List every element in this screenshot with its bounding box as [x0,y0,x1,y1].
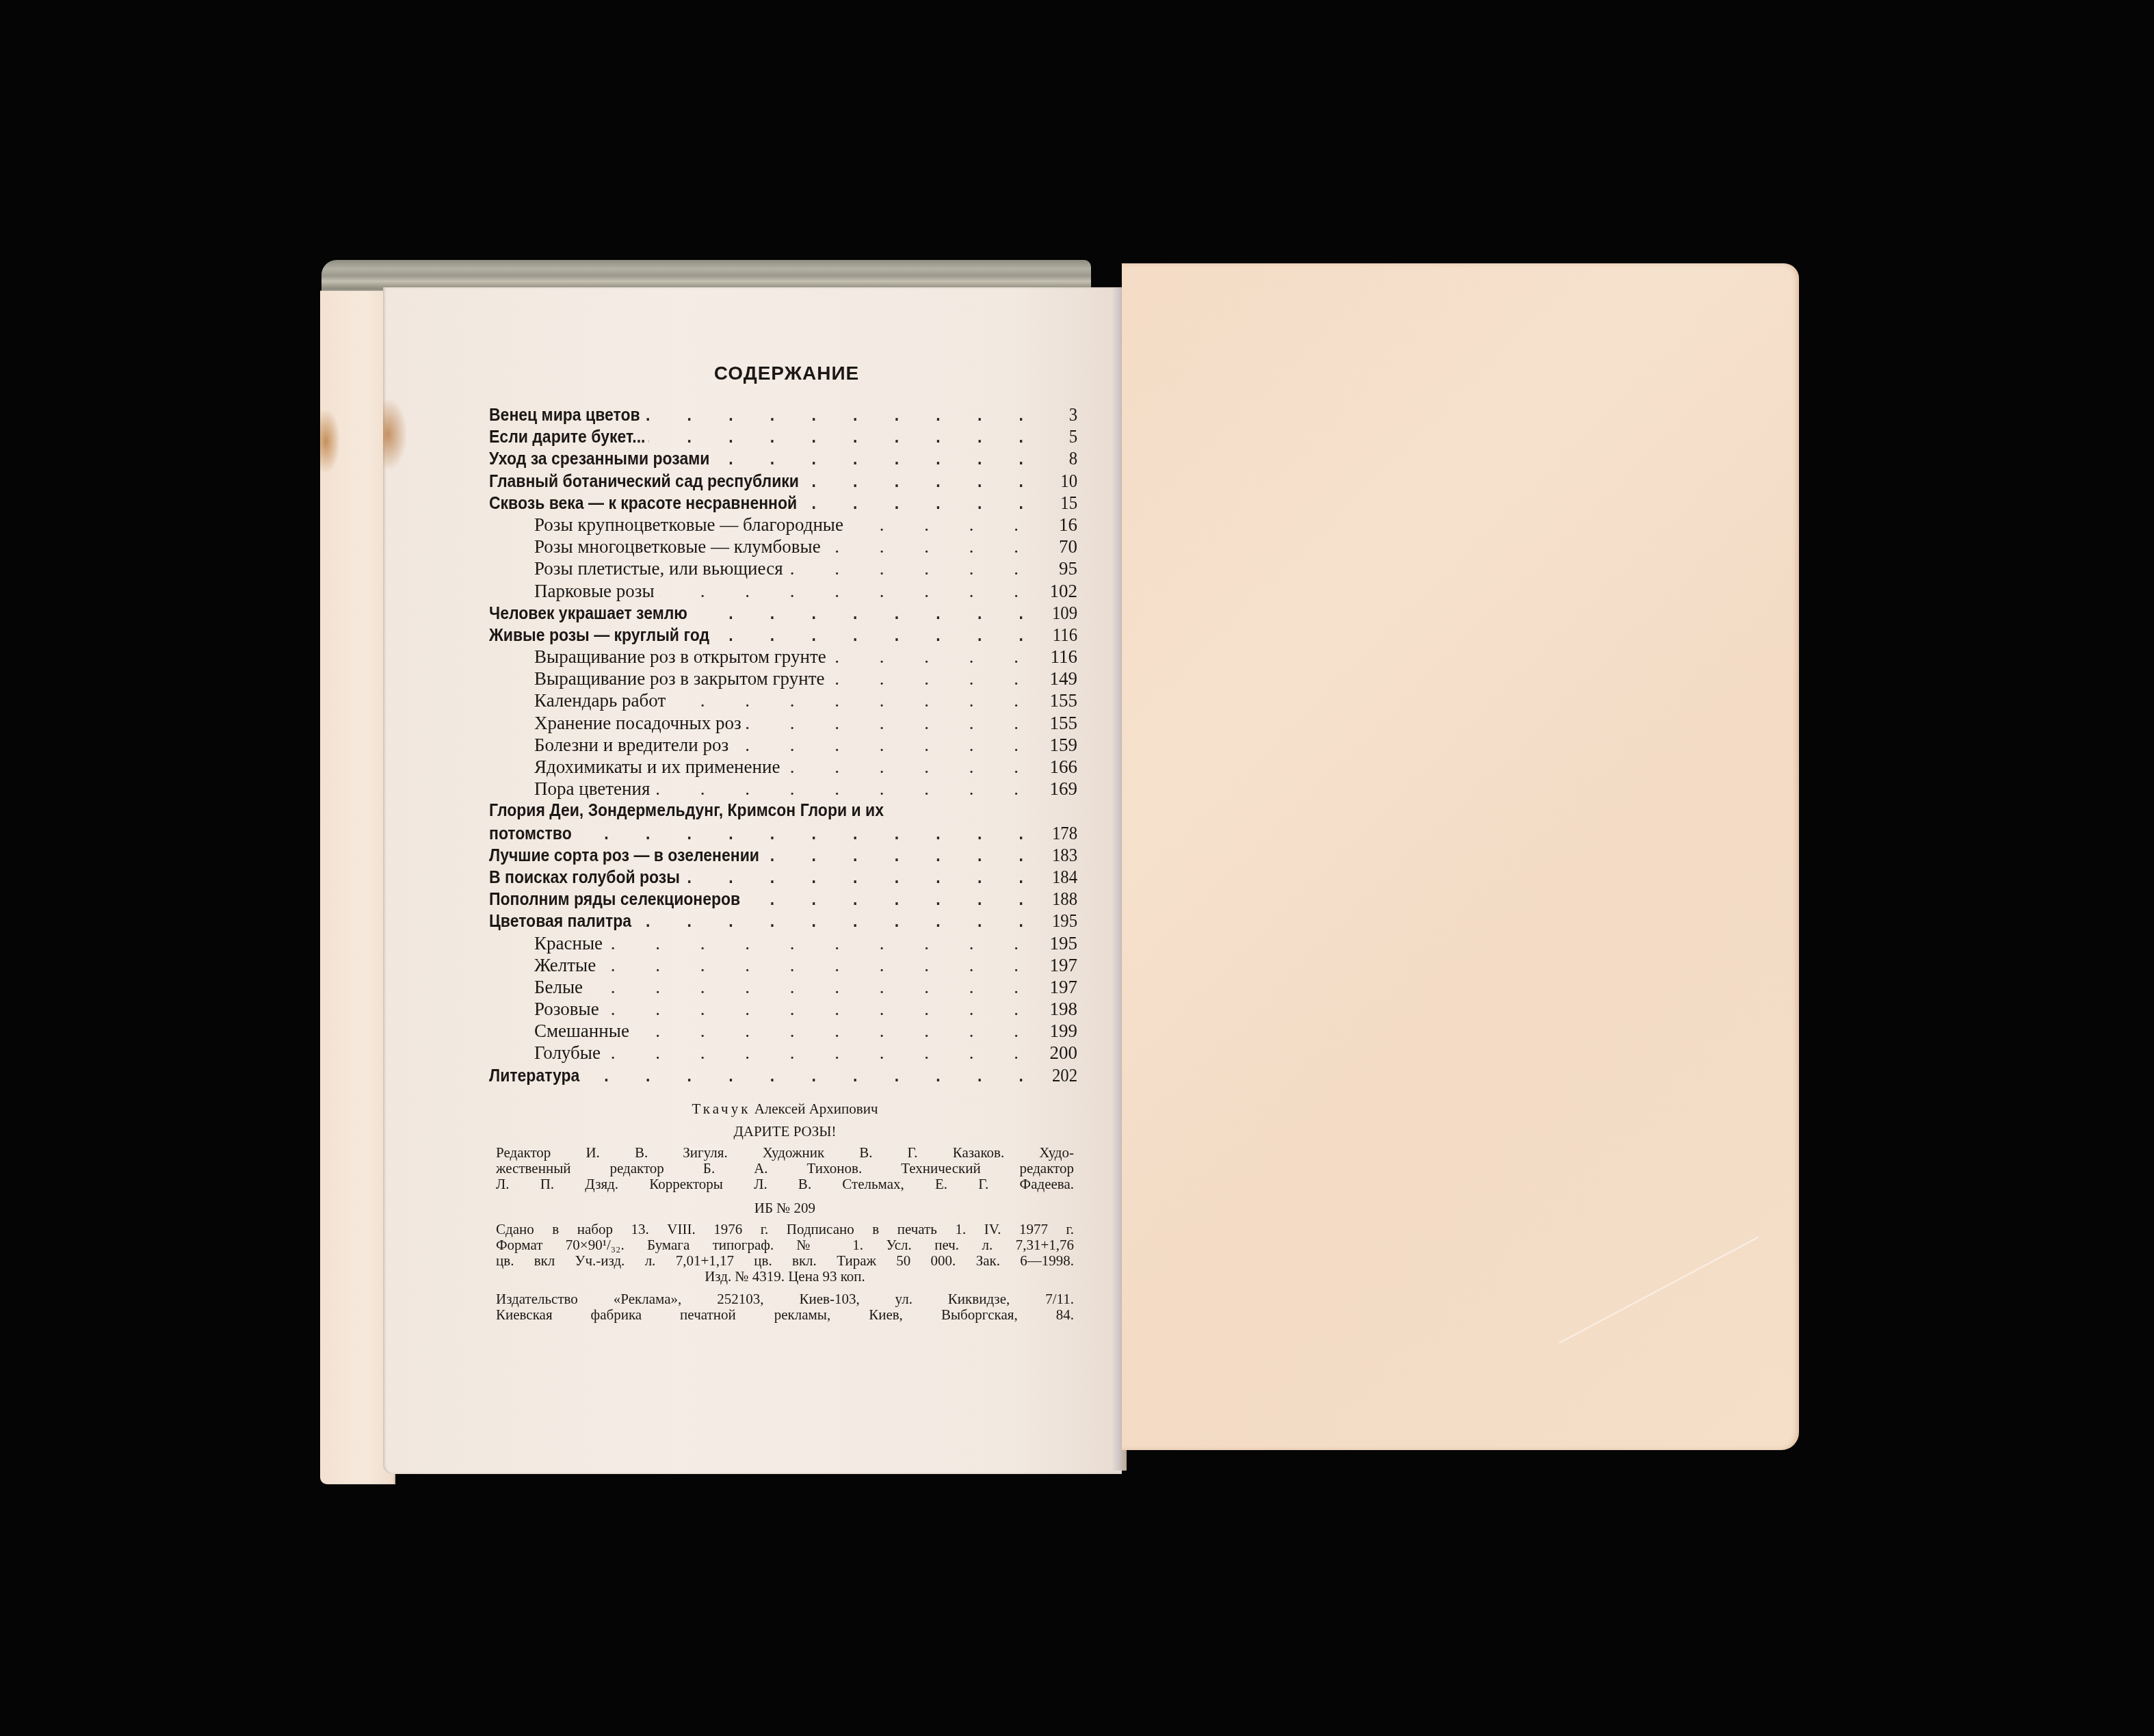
dot-leader: . . . . . . . . . . . . . . . . . . . . … [830,646,1036,668]
dot-leader: . . . . . . . . . . . . . . . . . . . . … [801,492,1040,514]
toc-entry-label: Сквозь века — к красоте несравненной [489,492,797,514]
water-stain [383,400,406,469]
dot-leader: . . . . . . . . . . . . . . . . . . . . … [659,580,1036,602]
toc-entry-page-number: 155 [1040,712,1077,734]
toc-entry-label: Болезни и вредители роз [534,734,728,756]
toc-entry: Голубые. . . . . . . . . . . . . . . . .… [489,1042,1077,1064]
credits: Редактор И. В. Зигуля. Художник В. Г. Ка… [496,1145,1074,1192]
toc-entry-page-number: 3 [1044,404,1078,425]
dot-leader: . . . . . . . . . . . . . . . . . . . . … [787,557,1036,579]
toc-entry: Розы крупноцветковые — благородные. . . … [489,514,1077,536]
toc-entry: Выращивание роз в закрытом грунте. . . .… [489,668,1077,689]
credits-line: жественный редактор Б. А. Тихонов. Техни… [496,1161,1074,1176]
dot-leader: . . . . . . . . . . . . . . . . . . . . … [825,536,1036,557]
toc-entry-page-number: 159 [1040,734,1077,756]
toc-entry-label: Белые [534,976,583,998]
toc-entry-label: Желтые [534,954,596,976]
toc-entry-page-number: 95 [1040,557,1077,579]
toc-entry-page-number: 166 [1040,756,1077,778]
toc-entry: Пополним ряды селекционеров. . . . . . .… [489,888,1077,910]
toc-entry: Если дарите букет.... . . . . . . . . . … [489,425,1077,447]
dot-leader: . . . . . . . . . . . . . . . . . . . . … [605,1042,1036,1064]
toc-entry-page-number: 70 [1040,536,1077,557]
toc-entry-label: Выращивание роз в закрытом грунте [534,668,824,689]
author-surname: Ткачук [692,1101,750,1117]
open-book: СОДЕРЖАНИЕ Венец мира цветов. . . . . . … [0,0,2154,1736]
print-line: Формат 70×90¹/₃₂. Бумага типограф. № 1. … [496,1237,1074,1253]
toc-entry: Розы многоцветковые — клумбовые. . . . .… [489,536,1077,557]
toc-entry-label: Если дарите букет... [489,426,645,448]
toc-entry-page-number: 188 [1044,888,1078,910]
dot-leader: . . . . . . . . . . . . . . . . . . . . … [644,404,1040,426]
toc-entry-page-number: 10 [1044,470,1078,492]
toc-entry-page-number: 155 [1040,689,1077,711]
printer: Киевская фабрика печатной рекламы, Киев,… [496,1307,1074,1323]
toc-entry: Главный ботанический сад республики. . .… [489,470,1077,492]
dot-leader: . . . . . . . . . . . . . . . . . . . . … [744,889,1040,910]
toc-entry: потомство. . . . . . . . . . . . . . . .… [489,822,1077,844]
toc-entry-label: потомство [489,823,572,845]
dot-leader: . . . . . . . . . . . . . . . . . . . . … [784,756,1036,778]
dot-leader: . . . . . . . . . . . . . . . . . . . . … [828,668,1036,689]
toc-entry-page-number: 109 [1044,602,1078,624]
toc-entry: Выращивание роз в открытом грунте. . . .… [489,646,1077,668]
dot-leader: . . . . . . . . . . . . . . . . . . . . … [691,603,1040,624]
toc-entry-page-number: 198 [1040,998,1077,1020]
toc-entry-label: Человек украшает землю [489,603,687,624]
toc-entry-label: Розовые [534,998,599,1020]
toc-entry-page-number: 149 [1040,668,1077,689]
edition-price: Изд. № 4319. Цена 93 коп. [496,1269,1074,1285]
credits-line: Редактор И. В. Зигуля. Художник В. Г. Ка… [496,1145,1074,1161]
dot-leader: . . . . . . . . . . . . . . . . . . . . … [654,778,1036,800]
dot-leader: . . . . . . . . . . . . . . . . . . . . … [633,1020,1036,1042]
book-title: ДАРИТЕ РОЗЫ! [496,1124,1074,1140]
dot-leader: . . . . . . . . . . . . . . . . . . . . … [848,514,1036,536]
toc-entry-label: В поисках голубой розы [489,867,680,889]
toc-entry-page-number: 197 [1040,954,1077,976]
toc-list: Венец мира цветов. . . . . . . . . . . .… [489,404,1077,1086]
print-line: Сдано в набор 13. VIII. 1976 г. Подписан… [496,1222,1074,1237]
toc-entry-page-number: 202 [1044,1064,1078,1086]
toc-entry: Розы плетистые, или вьющиеся. . . . . . … [489,557,1077,579]
print-line: цв. вкл Уч.-изд. л. 7,01+1,17 цв. вкл. Т… [496,1253,1074,1269]
dot-leader: . . . . . . . . . . . . . . . . . . . . … [635,910,1040,932]
toc-entry: Красные. . . . . . . . . . . . . . . . .… [489,932,1077,954]
dot-leader: . . . . . . . . . . . . . . . . . . . . … [763,845,1040,867]
toc-entry-label: Ядохимикаты и их применение [534,756,780,778]
colophon: Ткачук Алексей Архипович ДАРИТЕ РОЗЫ! Ре… [496,1101,1074,1323]
toc-entry-label: Парковые розы [534,580,655,602]
toc-entry-label: Уход за срезанными розами [489,448,709,470]
toc-entry-page-number: 178 [1044,822,1078,844]
toc-entry-label: Календарь работ [534,689,666,711]
toc-entry-label: Литература [489,1065,579,1087]
toc-entry-page-number: 183 [1044,844,1078,866]
toc-entry-page-number: 5 [1044,425,1078,447]
toc-entry: Живые розы — круглый год. . . . . . . . … [489,624,1077,646]
toc-entry-label: Голубые [534,1042,601,1064]
toc-entry: Ядохимикаты и их применение. . . . . . .… [489,756,1077,778]
toc-entry: Календарь работ. . . . . . . . . . . . .… [489,689,1077,711]
toc-entry: Уход за срезанными розами. . . . . . . .… [489,447,1077,469]
dot-leader: . . . . . . . . . . . . . . . . . . . . … [607,932,1036,954]
dot-leader: . . . . . . . . . . . . . . . . . . . . … [575,823,1040,845]
author-name: Алексей Архипович [754,1101,878,1117]
toc-entry-label: Хранение посадочных роз [534,712,741,734]
toc-entry-page-number: 116 [1044,624,1078,646]
toc-entry: Человек украшает землю. . . . . . . . . … [489,602,1077,624]
toc-entry-page-number: 184 [1044,866,1078,888]
ib-number: ИБ № 209 [496,1200,1074,1216]
toc-entry-label: Пора цветения [534,778,650,800]
toc-entry-label: Живые розы — круглый год [489,624,709,646]
toc-entry-page-number: 8 [1044,447,1078,469]
toc-entry-page-number: 16 [1040,514,1077,536]
toc-entry: Сквозь века — к красоте несравненной. . … [489,492,1077,514]
toc-entry-page-number: 197 [1040,976,1077,998]
toc-entry: В поисках голубой розы. . . . . . . . . … [489,866,1077,888]
dot-leader: . . . . . . . . . . . . . . . . . . . . … [683,867,1040,889]
toc-entry-page-number: 195 [1040,932,1077,954]
dot-leader: . . . . . . . . . . . . . . . . . . . . … [649,426,1040,448]
toc-entry-page-number: 195 [1044,910,1078,932]
toc-entry-label: Главный ботанический сад республики [489,471,799,492]
dot-leader: . . . . . . . . . . . . . . . . . . . . … [587,976,1036,998]
dot-leader: . . . . . . . . . . . . . . . . . . . . … [583,1065,1040,1087]
toc-entry-label: Выращивание роз в открытом грунте [534,646,826,668]
toc-entry-label: Смешанные [534,1020,629,1042]
water-stain [320,410,339,472]
dot-leader: . . . . . . . . . . . . . . . . . . . . … [713,448,1040,470]
print-details: Сдано в набор 13. VIII. 1976 г. Подписан… [496,1222,1074,1285]
toc-entry-page-number: 169 [1040,778,1077,800]
toc-entry: Желтые. . . . . . . . . . . . . . . . . … [489,954,1077,976]
dot-leader: . . . . . . . . . . . . . . . . . . . . … [713,624,1040,646]
toc-entry-label: Розы крупноцветковые — благородные [534,514,843,536]
toc-entry: Хранение посадочных роз. . . . . . . . .… [489,712,1077,734]
dot-leader: . . . . . . . . . . . . . . . . . . . . … [603,998,1036,1020]
toc-entry: Парковые розы. . . . . . . . . . . . . .… [489,580,1077,602]
toc-entry-label: Розы многоцветковые — клумбовые [534,536,821,557]
toc-entry-page-number: 102 [1040,580,1077,602]
toc-entry: Лучшие сорта роз — в озеленении. . . . .… [489,844,1077,866]
table-of-contents: СОДЕРЖАНИЕ Венец мира цветов. . . . . . … [489,363,1077,1086]
credits-line: Л. П. Дзяд. Корректоры Л. В. Стельмах, Е… [496,1176,1074,1192]
toc-entry: Цветовая палитра. . . . . . . . . . . . … [489,910,1077,932]
toc-entry: Венец мира цветов. . . . . . . . . . . .… [489,404,1077,425]
right-page-inner-cover [1122,263,1799,1450]
toc-entry-page-number: 200 [1040,1042,1077,1064]
toc-entry: Белые. . . . . . . . . . . . . . . . . .… [489,976,1077,998]
toc-entry: Розовые. . . . . . . . . . . . . . . . .… [489,998,1077,1020]
toc-entry-page-number: 199 [1040,1020,1077,1042]
publisher: Издательство «Реклама», 252103, Киев-103… [496,1291,1074,1307]
dot-leader: . . . . . . . . . . . . . . . . . . . . … [600,954,1036,976]
dot-leader: . . . . . . . . . . . . . . . . . . . . … [733,734,1036,756]
toc-entry-label: Лучшие сорта роз — в озеленении [489,845,759,867]
toc-entry-page-number: 15 [1044,492,1078,514]
toc-entry: Болезни и вредители роз. . . . . . . . .… [489,734,1077,756]
toc-entry-page-number: 116 [1040,646,1077,668]
toc-title: СОДЕРЖАНИЕ [496,363,1077,384]
toc-entry-label: Красные [534,932,603,954]
toc-entry-label: Пополним ряды селекционеров [489,889,740,910]
toc-entry-label: Глория Деи, Зондермельдунг, Кримсон Глор… [489,800,884,821]
toc-entry-label: Цветовая палитра [489,910,631,932]
dot-leader: . . . . . . . . . . . . . . . . . . . . … [746,712,1036,734]
dot-leader: . . . . . . . . . . . . . . . . . . . . … [670,689,1036,711]
toc-entry: Пора цветения. . . . . . . . . . . . . .… [489,778,1077,800]
toc-entry: Смешанные. . . . . . . . . . . . . . . .… [489,1020,1077,1042]
paper-crease [1559,1237,1759,1344]
author-line: Ткачук Алексей Архипович [496,1101,1074,1117]
toc-entry: Глория Деи, Зондермельдунг, Кримсон Глор… [489,800,1077,821]
dot-leader: . . . . . . . . . . . . . . . . . . . . … [803,471,1040,492]
toc-entry-label: Венец мира цветов [489,404,640,426]
toc-entry-label: Розы плетистые, или вьющиеся [534,557,783,579]
toc-entry: Литература. . . . . . . . . . . . . . . … [489,1064,1077,1086]
